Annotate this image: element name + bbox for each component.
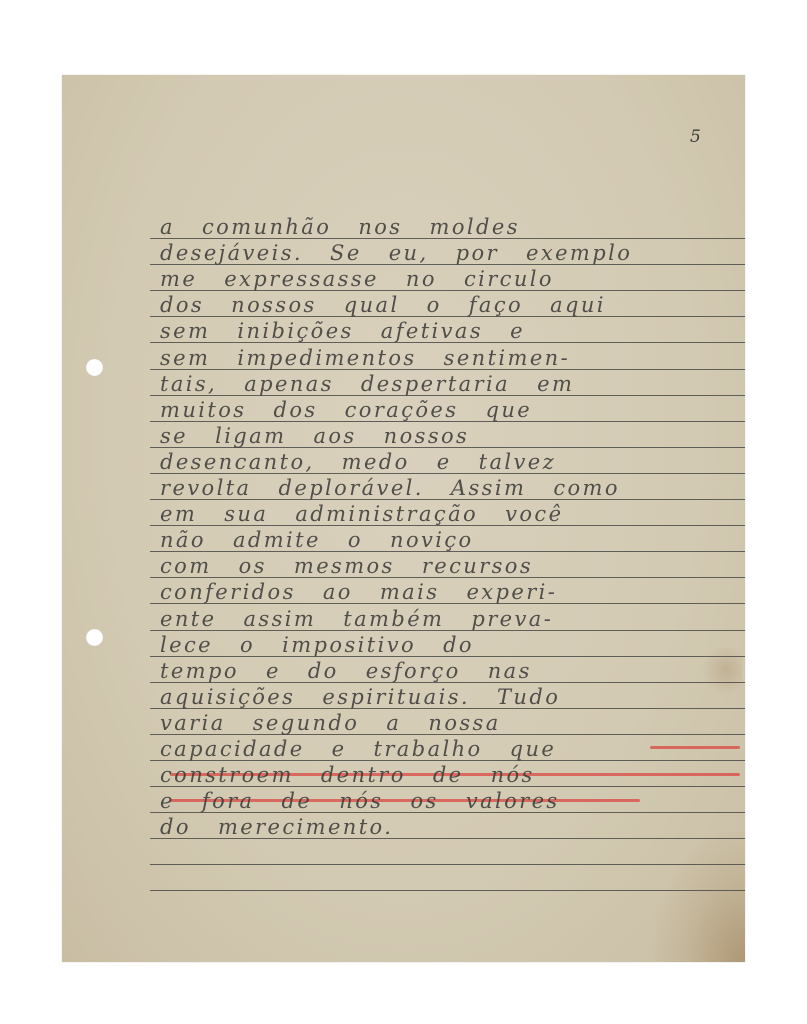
text-line: em sua administração você <box>160 501 740 527</box>
text-line: tais, apenas despertaria em <box>160 371 740 397</box>
text-line: muitos dos corações que <box>160 397 740 423</box>
text-line: sem impedimentos sentimen- <box>160 345 740 371</box>
text-line: a comunhão nos moldes <box>160 214 740 240</box>
text-line: não admite o noviço <box>160 527 740 553</box>
text-line: ente assim também preva- <box>160 606 740 632</box>
text-line: desejáveis. Se eu, por exemplo <box>160 240 740 266</box>
text-line: dos nossos qual o faço aqui <box>160 292 740 318</box>
text-line: e fora de nós os valores <box>160 788 740 814</box>
text-line: revolta deplorável. Assim como <box>160 475 740 501</box>
punch-hole <box>86 359 103 376</box>
text-line: desencanto, medo e talvez <box>160 449 740 475</box>
text-line: lece o impositivo do <box>160 632 740 658</box>
text-line: do merecimento. <box>160 814 740 840</box>
text-line: se ligam aos nossos <box>160 423 740 449</box>
text-line: com os mesmos recursos <box>160 553 740 579</box>
manuscript-page: 5 a comunhão nos moldes desejáveis. Se <box>62 75 745 962</box>
text-line: me expressasse no circulo <box>160 266 740 292</box>
text-line: varia segundo a nossa <box>160 710 740 736</box>
text-line: aquisições espirituais. Tudo <box>160 684 740 710</box>
rule-line <box>150 890 745 891</box>
text-line: constroem dentro de nós <box>160 762 740 788</box>
text-line: sem inibições afetivas e <box>160 318 740 344</box>
text-line: capacidade e trabalho que <box>160 736 740 762</box>
rule-line <box>150 864 745 865</box>
punch-hole <box>86 629 103 646</box>
text-line: tempo e do esforço nas <box>160 658 740 684</box>
text-line: conferidos ao mais experi- <box>160 579 740 605</box>
